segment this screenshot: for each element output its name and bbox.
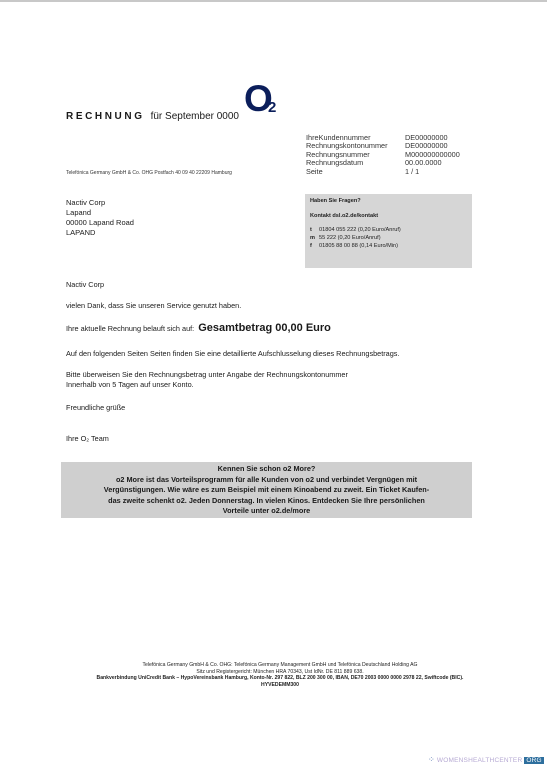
meta-row: Rechnungsdatum00.00.0000 bbox=[306, 159, 460, 167]
footer: Telefónica Germany GmbH & Co. OHG: Telef… bbox=[60, 662, 500, 688]
promo-heading: Kennen Sie schon o2 More? bbox=[61, 464, 472, 475]
contact-mobile-text: 55 222 (0,20 Euro/Anruf) bbox=[319, 235, 381, 241]
address-line: 00000 Lapand Road bbox=[66, 218, 134, 228]
invoice-meta: IhreKundennummerDE00000000 Rechnungskont… bbox=[306, 134, 460, 176]
footer-bank-line: Bankverbindung UniCredit Bank – HypoVere… bbox=[60, 675, 500, 682]
contact-box: Haben Sie Fragen? Kontakt dsl.o2.de/kont… bbox=[305, 194, 472, 268]
team-signature: Ihre O₂ Team bbox=[66, 434, 109, 443]
greeting-name: Nactiv Corp bbox=[66, 280, 104, 289]
invoice-title: RECHNUNGfür September 0000 bbox=[66, 111, 239, 122]
regards-text: Freundliche grüße bbox=[66, 403, 125, 412]
page-top-border bbox=[0, 0, 547, 2]
meta-value: 1 / 1 bbox=[405, 168, 460, 176]
meta-row: Seite1 / 1 bbox=[306, 168, 460, 176]
footer-bic-line: HYVEDEMM300 bbox=[60, 682, 500, 689]
promo-box: Kennen Sie schon o2 More? o2 More ist da… bbox=[61, 462, 472, 518]
amount-line: Ihre aktuelle Rechnung belauft sich auf:… bbox=[66, 322, 331, 334]
meta-label: Seite bbox=[306, 168, 405, 176]
address-line: Nactiv Corp bbox=[66, 198, 134, 208]
contact-fax: f01805 88 00 88 (0,14 Euro/Min) bbox=[310, 242, 467, 250]
invoice-title-label: RECHNUNG bbox=[66, 111, 145, 122]
fax-icon: f bbox=[310, 242, 319, 250]
invoice-period: für September 0000 bbox=[151, 111, 239, 122]
contact-link[interactable]: Kontakt dsl.o2.de/kontakt bbox=[310, 213, 467, 219]
sender-line: Telefónica Germany GmbH & Co. OHG Postfa… bbox=[66, 170, 232, 176]
transfer-text: Bitte überweisen Sie den Rechnungsbetrag… bbox=[66, 370, 348, 390]
promo-text: o2 More ist das Vorteilsprogramm für all… bbox=[61, 475, 472, 517]
contact-fax-text: 01805 88 00 88 (0,14 Euro/Min) bbox=[319, 243, 398, 249]
transfer-line: Bitte überweisen Sie den Rechnungsbetrag… bbox=[66, 370, 348, 380]
phone-icon: t bbox=[310, 226, 319, 234]
sparkle-icon: ⁘ bbox=[428, 755, 435, 764]
o2-logo-2: 2 bbox=[268, 100, 276, 115]
address-line: LAPAND bbox=[66, 228, 134, 238]
amount-total: Gesamtbetrag 00,00 Euro bbox=[198, 322, 331, 334]
address-line: Lapand bbox=[66, 208, 134, 218]
o2-logo: O 2 bbox=[244, 80, 284, 120]
watermark-badge: ORG bbox=[524, 757, 543, 764]
contact-mobile: m55 222 (0,20 Euro/Anruf) bbox=[310, 234, 467, 242]
thanks-text: vielen Dank, dass Sie unseren Service ge… bbox=[66, 301, 241, 310]
contact-phone-text: 01804 055 222 (0,20 Euro/Anruf) bbox=[319, 227, 401, 233]
mobile-icon: m bbox=[310, 234, 319, 242]
detail-text: Auf den folgenden Seiten Seiten finden S… bbox=[66, 349, 399, 358]
contact-phone: t01804 055 222 (0,20 Euro/Anruf) bbox=[310, 226, 467, 234]
recipient-address: Nactiv Corp Lapand 00000 Lapand Road LAP… bbox=[66, 198, 134, 238]
watermark: ⁘WOMENSHEALTHCENTERORG bbox=[428, 755, 544, 764]
amount-prefix: Ihre aktuelle Rechnung belauft sich auf: bbox=[66, 324, 194, 333]
contact-heading: Haben Sie Fragen? bbox=[310, 198, 467, 204]
transfer-line: Innerhalb von 5 Tagen auf unser Konto. bbox=[66, 380, 348, 390]
watermark-text: WOMENSHEALTHCENTER bbox=[437, 757, 522, 764]
